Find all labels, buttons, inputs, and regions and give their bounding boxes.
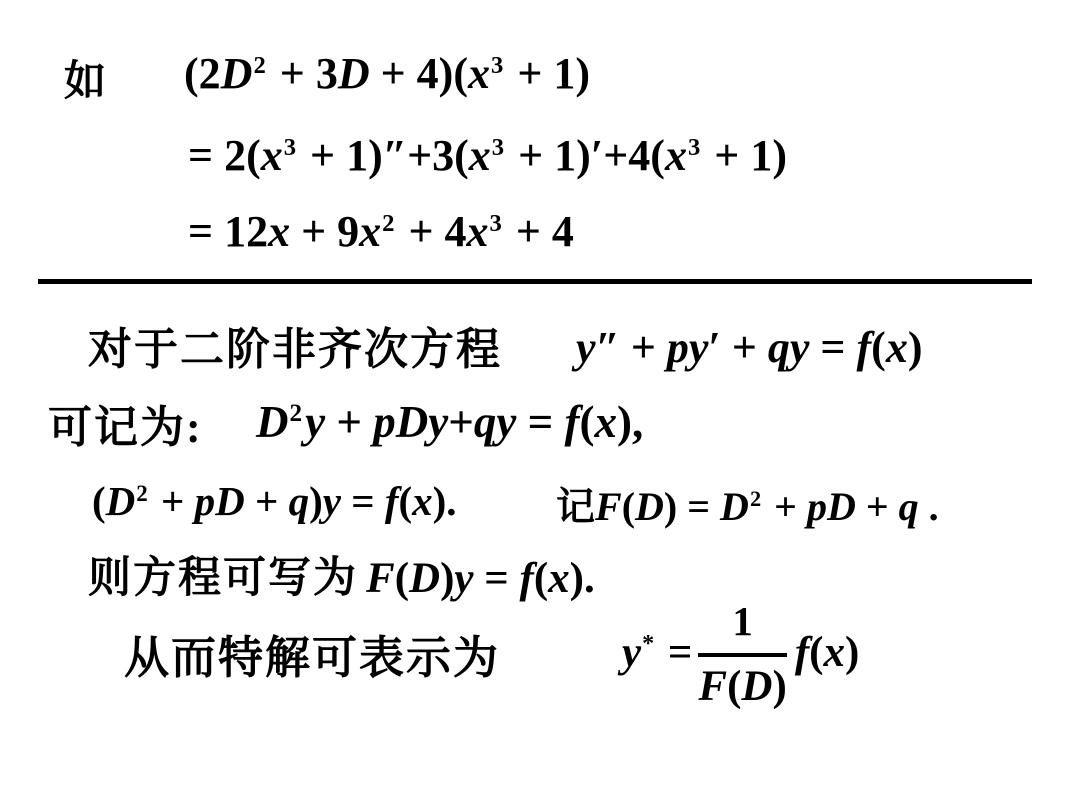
particular-rhs: f(x) [795,626,859,680]
particular-text: 从而特解可表示为 [124,630,500,686]
math-segment: ( [622,484,635,529]
math-segment: y [323,478,341,524]
math-segment: + [325,397,373,447]
math-segment: x [359,207,381,256]
math-segment: + 1) [703,131,787,180]
math-segment: y [622,629,641,676]
fraction: 1 F(D) [698,598,786,708]
math-segment: D [221,49,253,98]
denote-label: 记 [556,484,595,533]
math-segment: f [385,478,399,524]
math-segment: D [409,555,440,602]
formula-operator-equation: D2y + pDy+qy = f(x), [256,394,643,450]
math-segment: y [576,323,596,372]
math-segment: f [857,323,872,372]
horizontal-divider [38,279,1032,284]
math-segment: D [635,484,664,529]
math-segment: x [467,207,489,256]
math-segment: ( [871,323,886,372]
math-segment: ( [727,663,741,710]
math-segment: qy [768,323,810,372]
math-segment: pD [195,478,245,524]
math-segment: ( [92,478,106,524]
math-segment: = 12 [188,207,268,256]
math-segment: * [642,631,654,657]
math-segment: + [448,397,474,447]
math-segment: ). [433,478,457,524]
math-segment: + [151,478,195,524]
math-segment: ″ + [596,323,667,372]
math-segment: + [764,484,807,529]
fraction-denominator: F(D) [698,657,786,708]
math-segment: q [899,484,919,529]
math-segment: f [565,397,580,447]
math-segment: + 4 [505,207,574,256]
math-segment: 2 [750,486,761,511]
formula-general-equation: y″ + py′ + qy = f(x) [576,320,922,375]
math-segment: pD [807,484,856,529]
math-segment: f [795,629,809,676]
math-segment: 3 [284,134,296,161]
denote-row: 记 F(D) = D2 + pD + q . [556,482,939,533]
math-segment: + 1) [506,49,590,98]
math-segment: = [809,323,856,372]
math-segment: ( [395,555,409,602]
math-segment: (2 [184,49,221,98]
formula-factored-equation: (D2 + pD + q)y = f(x). [92,476,457,527]
then-row: 则方程可写为 F(D)y = f(x). [88,552,595,606]
math-segment: x [261,131,283,180]
math-segment: ( [580,397,595,447]
math-segment: ( [534,555,548,602]
math-segment: x [469,131,491,180]
math-segment: = [341,478,385,524]
math-segment: x [823,629,845,676]
math-segment: F [595,484,622,529]
math-segment: 2 [136,481,147,506]
math-segment: + 9 [290,207,359,256]
math-segment: x [468,49,490,98]
math-segment: . [919,484,939,529]
math-segment: ) = [664,484,720,529]
math-segment: pDy [373,397,448,447]
formula-example-expansion: = 2(x3 + 1)″+3(x3 + 1)′+4(x3 + 1) [188,128,787,183]
intro-text: 对于二阶非齐次方程 [88,322,502,377]
math-segment: qy [474,397,516,447]
math-segment: x [595,397,618,447]
math-segment: x [548,555,570,602]
math-segment: + [856,484,899,529]
math-segment: = [516,397,564,447]
math-segment: + 4)( [370,49,468,98]
math-segment: x [665,131,687,180]
math-segment: = [657,629,692,676]
math-segment: ) [309,478,323,524]
formula-example-result: = 12x + 9x2 + 4x3 + 4 [188,204,574,259]
fraction-numerator: 1 [698,598,786,657]
math-segment: + 4 [397,207,466,256]
math-segment: ) [772,663,786,710]
math-segment: ′ + [708,323,767,372]
math-segment: ( [809,629,823,676]
math-segment: x [268,207,290,256]
math-segment: F [698,663,727,710]
math-segment: ), [617,397,643,447]
math-segment: ). [570,555,595,602]
math-segment: 3 [492,134,504,161]
math-segment: 2 [253,52,265,79]
math-segment: ) [908,323,923,372]
math-segment: + 3 [269,49,338,98]
formula-written-equation: F(D)y = f(x). [366,552,595,606]
math-segment: f [520,555,534,602]
particular-lhs: y* = [622,626,692,680]
math-segment: F [366,555,395,602]
rewrite-label: 可记为: [48,400,203,455]
math-segment: 2 [382,210,394,237]
math-segment: 3 [688,134,700,161]
math-segment: = 2( [188,131,261,180]
math-segment: + 1)′+4( [507,131,665,180]
math-segment: q [289,478,310,524]
math-segment: ) [440,555,454,602]
math-segment: D [720,484,749,529]
math-segment: D [106,478,136,524]
math-segment: x [412,478,433,524]
math-segment: + 1)″+3( [299,131,469,180]
math-segment: + [245,478,289,524]
math-segment: 3 [491,52,503,79]
math-segment: D [338,49,370,98]
math-segment: x [886,323,908,372]
example-label: 如 [64,56,108,109]
math-segment: 3 [490,210,502,237]
math-segment: py [667,323,709,372]
math-segment: ( [399,478,413,524]
math-segment: y [305,397,325,447]
then-text: 则方程可写为 [88,552,358,606]
formula-example-expression: (2D2 + 3D + 4)(x3 + 1) [184,46,590,101]
formula-particular-solution: y* = 1 F(D) f(x) [622,598,859,708]
math-segment: 2 [290,400,303,427]
math-segment: y [454,555,473,602]
math-segment: = [474,555,520,602]
lecture-slide: 如 (2D2 + 3D + 4)(x3 + 1) = 2(x3 + 1)″+3(… [0,0,1080,810]
math-segment: D [256,397,289,447]
formula-fd-definition: F(D) = D2 + pD + q . [595,482,939,532]
math-segment: D [741,663,772,710]
math-segment: ) [845,629,859,676]
